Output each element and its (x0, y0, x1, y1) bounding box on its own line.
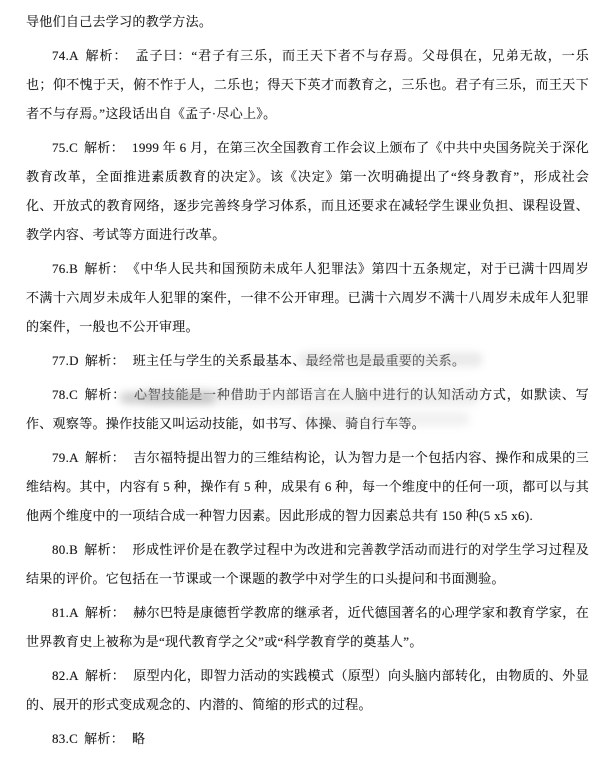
entry-label: 解析： (85, 450, 125, 465)
answer-number: 77.D (52, 353, 79, 368)
analysis-entry-78: 78.C解析：心智技能是一种借助于内部语言在人脑中进行的认知活动方式，如默读、写… (26, 380, 589, 438)
entry-label: 解析： (85, 48, 128, 63)
entry-label: 解析： (85, 605, 125, 620)
answer-number: 76.B (52, 261, 78, 276)
analysis-entry-82: 82.A解析：原型内化，即智力活动的实践模式（原型）向头脑内部转化，由物质的、外… (26, 661, 589, 719)
entry-label: 解析： (84, 731, 124, 746)
entry-text: 略 (132, 731, 145, 746)
entry-text: 班主任与学生的关系最基本、最经常也是最重要的关系。 (133, 353, 466, 368)
analysis-entry-81: 81.A解析：赫尔巴特是康德哲学教席的继承者，近代德国著名的心理学家和教育学家，… (26, 598, 589, 656)
entry-label: 解析： (85, 668, 125, 683)
analysis-entry-75: 75.C解析：1999 年 6 月，在第三次全国教育工作会议上颁布了《中共中央国… (26, 133, 589, 249)
entry-label: 解析： (84, 542, 124, 557)
answer-number: 82.A (52, 668, 79, 683)
answer-number: 83.C (52, 731, 78, 746)
answer-number: 74.A (52, 48, 79, 63)
entry-label: 解析： (84, 387, 126, 402)
answer-number: 75.C (52, 140, 78, 155)
answer-number: 81.A (52, 605, 79, 620)
analysis-entry-83: 83.C解析：略 (26, 724, 589, 753)
entry-label: 解析： (84, 140, 124, 155)
answer-number: 78.C (52, 387, 78, 402)
analysis-entry-80: 80.B解析：形成性评价是在教学过程中为改进和完善教学活动而进行的对学生学习过程… (26, 535, 589, 593)
continuation-line: 导他们自己去学习的教学方法。 (26, 7, 589, 36)
entry-label: 解析： (85, 353, 125, 368)
analysis-entry-79: 79.A解析：吉尔福特提出智力的三维结构论，认为智力是一个包括内容、操作和成果的… (26, 443, 589, 530)
scanned-document-page: 导他们自己去学习的教学方法。 74.A解析：孟子曰：“君子有三乐，而王天下者不与… (0, 0, 601, 763)
entry-label: 解析： (84, 261, 125, 276)
analysis-entry-74: 74.A解析：孟子曰：“君子有三乐，而王天下者不与存焉。父母俱在，兄弟无故，一乐… (26, 41, 589, 128)
answer-number: 79.A (52, 450, 79, 465)
analysis-entry-76: 76.B解析：《中华人民共和国预防未成年人犯罪法》第四十五条规定，对于已满十四周… (26, 254, 589, 341)
answer-number: 80.B (52, 542, 78, 557)
analysis-entry-77: 77.D解析：班主任与学生的关系最基本、最经常也是最重要的关系。 (26, 346, 589, 375)
entry-text: 1999 年 6 月，在第三次全国教育工作会议上颁布了《中共中央国务院关于深化教… (26, 140, 589, 242)
analysis-text-block: 导他们自己去学习的教学方法。 74.A解析：孟子曰：“君子有三乐，而王天下者不与… (26, 7, 589, 753)
